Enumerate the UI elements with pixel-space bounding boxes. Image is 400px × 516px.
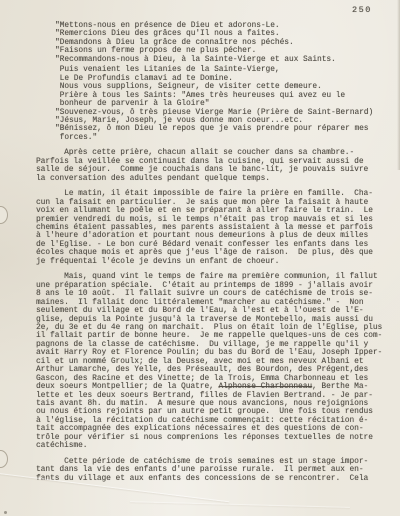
text-line: avait Harry Roy et Florence Poulin; du b… (36, 349, 400, 357)
text-line: Après cette prière, chacun allait se cou… (36, 149, 400, 157)
struck-text: Alphonse Charbonneau (218, 383, 312, 391)
text-line: Gascon, des Racine et des Vinette; de la… (36, 375, 400, 383)
text-line: "Souvenez-vous, ô très pieuse Vierge Mar… (55, 109, 400, 117)
text-line: cun la faisait en particulier. Je sais q… (36, 199, 400, 207)
text-line: "Faisons un ferme propos de ne plus péch… (55, 47, 400, 55)
paragraph-matin: Le matin, il était impossible de faire l… (36, 190, 400, 266)
text-line: premier vendredi du mois, si le temps n'… (36, 216, 400, 224)
text-line: bonheur de parvenir à la Gloire" (55, 100, 400, 108)
text-line: Mais, quand vint le temps de faire ma pr… (36, 273, 400, 281)
text-line: Arthur Lamarche, des Yelle, des Préseaul… (36, 366, 400, 374)
text-line: forces." (55, 134, 400, 142)
text-line: catéchisme. (36, 442, 400, 450)
text-line: "Recommandons-nous à Dieu, à la Sainte-V… (55, 56, 400, 64)
paragraph-communion: Mais, quand vint le temps de faire ma pr… (36, 273, 400, 451)
text-line: fants du village et aux enfants des conc… (36, 475, 400, 483)
text-line: Parfois la veillée se continuait dans la… (36, 158, 400, 166)
text-line: maines. Il fallait donc littéralement "m… (36, 299, 400, 307)
text-line: lette et les deux soeurs Bertrand, fille… (36, 392, 400, 400)
typewritten-text: "Mettons-nous en présence de Dieu et ado… (0, 22, 400, 483)
text-line: tant dans la vie des enfants d'une paroi… (36, 466, 400, 474)
text-line: glise, depuis la Pointe jusqu'à la trave… (36, 316, 400, 324)
crease-line (130, 501, 350, 508)
text-line: à l'heure d'adoration et pourtant nous d… (36, 232, 400, 240)
text-line: Le matin, il était impossible de faire l… (36, 190, 400, 198)
text-line: il fallait partir de bonne heure. Je me … (36, 332, 400, 340)
text-line: une préparation spéciale. C'était au pri… (36, 282, 400, 290)
text-line: la conversation des adultes pendant quel… (36, 175, 400, 183)
paragraph-coucher: Après cette prière, chacun allait se cou… (36, 149, 400, 183)
text-line: deux soeurs Montpellier; de la Quatre, A… (36, 383, 400, 391)
evening-prayers: "Mettons-nous en présence de Dieu et ado… (55, 22, 400, 64)
text-line: 8 ans le 10 août. Il fallait suivre un c… (36, 290, 400, 298)
text-line: seulement du village et du Bord de l'Eau… (36, 307, 400, 315)
litanies: Puis venaient les Litanies de la Sainte-… (55, 66, 400, 142)
text-line: écoles chaque mois et après que j'eus l'… (36, 249, 400, 257)
text-line: "Bénissez, ô mon Dieu le repos que je va… (55, 125, 400, 133)
text-line: ou nous étions rejoints par un autre pet… (36, 408, 400, 416)
text-line: Puis venaient les Litanies de la Sainte-… (55, 66, 400, 74)
page-number: 250 (352, 5, 372, 15)
text-line: Cette période de catéchisme de trois sem… (36, 458, 400, 466)
text-line: Nous vous supplions, Seigneur, de visite… (55, 83, 400, 91)
text-line: Prière à tous les Saints: "Ames très heu… (55, 92, 400, 100)
text-segment: , Berthe Ma- (312, 383, 368, 391)
text-line: voix en allumant le poêle et en se prépa… (36, 207, 400, 215)
text-line: je fréquentai l'école je devins un enfan… (36, 258, 400, 266)
text-segment: deux soeurs Montpellier; de la Quatre, (36, 383, 218, 391)
paper-speck (4, 511, 7, 514)
paragraph-stage: Cette période de catéchisme de trois sem… (36, 458, 400, 483)
text-line: trôle pour vérifier si nous comprenions … (36, 434, 400, 442)
text-line: "Remercions Dieu des grâces qu'Il nous a… (55, 30, 400, 38)
text-line: tait accompagnée des explications nécess… (36, 425, 400, 433)
text-line: salle de séjour. Comme je couchais dans … (36, 166, 400, 174)
text-line: Le De Profundis clamavi ad te Domine. (55, 75, 400, 83)
text-line: cil et un nommé Groulx; de la Deusse, av… (36, 358, 400, 366)
scanned-page: 250 "Mettons-nous en présence de Dieu et… (0, 0, 400, 516)
